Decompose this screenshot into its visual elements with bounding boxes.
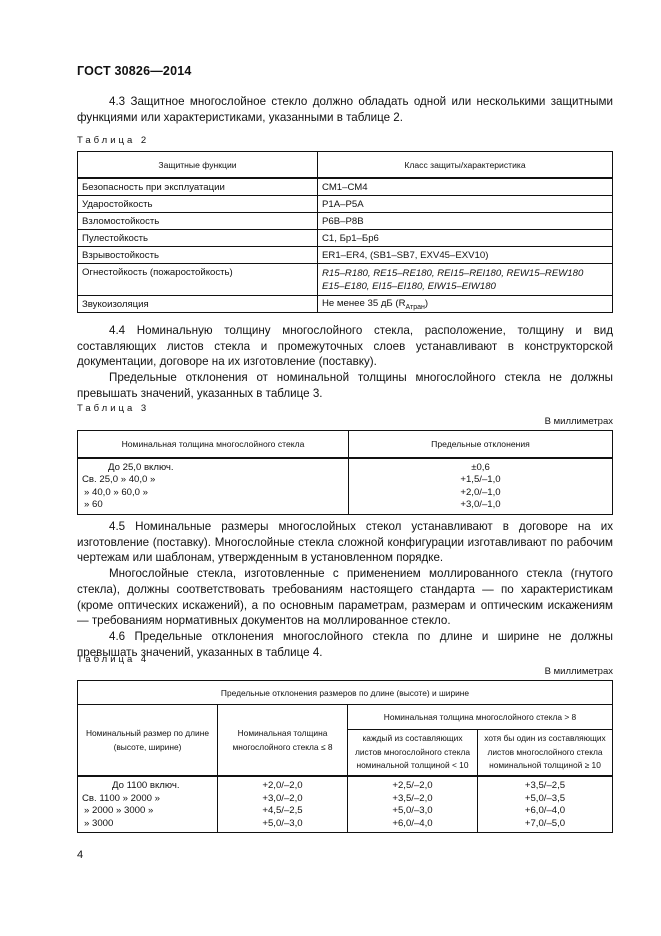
paragraph: Предельные отклонения от номинальной тол… xyxy=(77,370,613,401)
table-row: Безопасность при эксплуатации СМ1–СМ4 xyxy=(78,178,613,196)
deviation-value: +3,0/–1,0 xyxy=(353,499,608,511)
table3-label: Таблица 3 xyxy=(77,403,149,414)
table-row: Ударостойкость Р1А–Р5А xyxy=(78,196,613,213)
size-value: До 1100 включ. xyxy=(82,780,213,793)
column-header: Номинальная толщина многослойного стекла… xyxy=(218,705,348,777)
deviation-value: ±0,6 xyxy=(353,462,608,474)
deviation-value: +1,5/–1,0 xyxy=(353,474,608,486)
thickness-value: До 25,0 включ. xyxy=(82,462,344,474)
section-4-4: 4.4 Номинальную толщину многослойного ст… xyxy=(77,323,613,402)
column-header: Предельные отклонения xyxy=(349,431,613,459)
section-4-3: 4.3 Защитное многослойное стекло должно … xyxy=(77,94,613,125)
deviation-value: +3,0/–2,0 xyxy=(222,793,343,806)
column-header: каждый из составляющих листов многослойн… xyxy=(348,730,478,777)
column-header: хотя бы один из составляющих листов мног… xyxy=(478,730,613,777)
table-3: Номинальная толщина многослойного стекла… xyxy=(77,430,613,515)
column-header-group: Номинальная толщина многослойного стекла… xyxy=(348,705,613,730)
table4-units: В миллиметрах xyxy=(545,666,613,677)
cell-function: Пулестойкость xyxy=(78,230,318,247)
cell-deviation: ±0,6 +1,5/–1,0 +2,0/–1,0 +3,0/–1,0 xyxy=(349,458,613,514)
cell-function: Взломостойкость xyxy=(78,213,318,230)
column-header: Класс защиты/характеристика xyxy=(318,152,613,179)
document-header: ГОСТ 30826—2014 xyxy=(77,64,192,78)
cell-function: Огнестойкость (пожаростойкость) xyxy=(78,264,318,296)
table2-label: Таблица 2 xyxy=(77,135,149,146)
page-number: 4 xyxy=(77,849,83,861)
table-row: Взломостойкость Р6В–Р8В xyxy=(78,213,613,230)
table-header-row: Защитные функции Класс защиты/характерис… xyxy=(78,152,613,179)
table-header-row: Номинальный размер по длине (высоте, шир… xyxy=(78,705,613,730)
deviation-value: +6,0/–4,0 xyxy=(352,818,473,831)
paragraph: 4.3 Защитное многослойное стекло должно … xyxy=(77,94,613,125)
cell-class: С1, Бр1–Бр6 xyxy=(318,230,613,247)
deviation-value: +5,0/–3,0 xyxy=(222,818,343,831)
table-header-row: Предельные отклонения размеров по длине … xyxy=(78,681,613,705)
thickness-value: » 60 xyxy=(82,499,344,511)
deviation-value: +2,5/–2,0 xyxy=(352,780,473,793)
column-header: Номинальный размер по длине (высоте, шир… xyxy=(78,705,218,777)
deviation-value: +5,0/–3,0 xyxy=(352,805,473,818)
class-subscript: Атран xyxy=(406,303,425,310)
table-row: Огнестойкость (пожаростойкость) R15–R180… xyxy=(78,264,613,296)
cell-class: Р1А–Р5А xyxy=(318,196,613,213)
size-value: » 3000 xyxy=(82,818,213,831)
cell-class: Не менее 35 дБ (RАтран) xyxy=(318,296,613,313)
column-header: Номинальная толщина многослойного стекла xyxy=(78,431,349,459)
size-value: Св. 1100 » 2000 » xyxy=(82,793,213,806)
cell-thin: +2,0/–2,0 +3,0/–2,0 +4,5/–2,5 +5,0/–3,0 xyxy=(218,776,348,833)
size-value: » 2000 » 3000 » xyxy=(82,805,213,818)
deviation-value: +6,0/–4,0 xyxy=(482,805,608,818)
cell-function: Взрывостойкость xyxy=(78,247,318,264)
paragraph: 4.4 Номинальную толщину многослойного ст… xyxy=(77,323,613,370)
cell-each: +2,5/–2,0 +3,5/–2,0 +5,0/–3,0 +6,0/–4,0 xyxy=(348,776,478,833)
section-4-5-4-6: 4.5 Номинальные размеры многослойных сте… xyxy=(77,519,613,660)
thickness-value: » 40,0 » 60,0 » xyxy=(82,487,344,499)
deviation-value: +5,0/–3,5 xyxy=(482,793,608,806)
table-row: Звукоизоляция Не менее 35 дБ (RАтран) xyxy=(78,296,613,313)
deviation-value: +4,5/–2,5 xyxy=(222,805,343,818)
deviation-value: +3,5/–2,5 xyxy=(482,780,608,793)
table-2: Защитные функции Класс защиты/характерис… xyxy=(77,151,613,313)
column-header-group: Предельные отклонения размеров по длине … xyxy=(78,681,613,705)
paragraph: 4.5 Номинальные размеры многослойных сте… xyxy=(77,519,613,566)
table-row: Взрывостойкость ER1–ER4, (SB1–SB7, EXV45… xyxy=(78,247,613,264)
deviation-value: +2,0/–1,0 xyxy=(353,487,608,499)
cell-class: СМ1–СМ4 xyxy=(318,178,613,196)
deviation-value: +3,5/–2,0 xyxy=(352,793,473,806)
cell-function: Ударостойкость xyxy=(78,196,318,213)
cell-function: Безопасность при эксплуатации xyxy=(78,178,318,196)
paragraph: 4.6 Предельные отклонения многослойного … xyxy=(77,629,613,660)
table-row: До 1100 включ. Св. 1100 » 2000 » » 2000 … xyxy=(78,776,613,833)
column-header: Защитные функции xyxy=(78,152,318,179)
class-text: Не менее 35 дБ (R xyxy=(322,298,406,309)
cell-class: Р6В–Р8В xyxy=(318,213,613,230)
class-line: R15–R180, RE15–RE180, REI15–REI180, REW1… xyxy=(322,267,608,280)
class-text: ) xyxy=(425,298,428,309)
cell-class: ER1–ER4, (SB1–SB7, EXV45–EXV10) xyxy=(318,247,613,264)
paragraph: Многослойные стекла, изготовленные с при… xyxy=(77,566,613,629)
table-row: Пулестойкость С1, Бр1–Бр6 xyxy=(78,230,613,247)
class-line: E15–E180, EI15–EI180, EIW15–EIW180 xyxy=(322,280,608,293)
cell-class: R15–R180, RE15–RE180, REI15–REI180, REW1… xyxy=(318,264,613,296)
table-row: До 25,0 включ. Св. 25,0 » 40,0 » » 40,0 … xyxy=(78,458,613,514)
deviation-value: +7,0/–5,0 xyxy=(482,818,608,831)
cell-function: Звукоизоляция xyxy=(78,296,318,313)
thickness-value: Св. 25,0 » 40,0 » xyxy=(82,474,344,486)
cell-thickness: До 25,0 включ. Св. 25,0 » 40,0 » » 40,0 … xyxy=(78,458,349,514)
table-header-row: Номинальная толщина многослойного стекла… xyxy=(78,431,613,459)
deviation-value: +2,0/–2,0 xyxy=(222,780,343,793)
table3-units: В миллиметрах xyxy=(545,416,613,427)
table-4: Предельные отклонения размеров по длине … xyxy=(77,680,613,833)
table4-label: Таблица 4 xyxy=(77,654,149,665)
cell-size: До 1100 включ. Св. 1100 » 2000 » » 2000 … xyxy=(78,776,218,833)
cell-any: +3,5/–2,5 +5,0/–3,5 +6,0/–4,0 +7,0/–5,0 xyxy=(478,776,613,833)
